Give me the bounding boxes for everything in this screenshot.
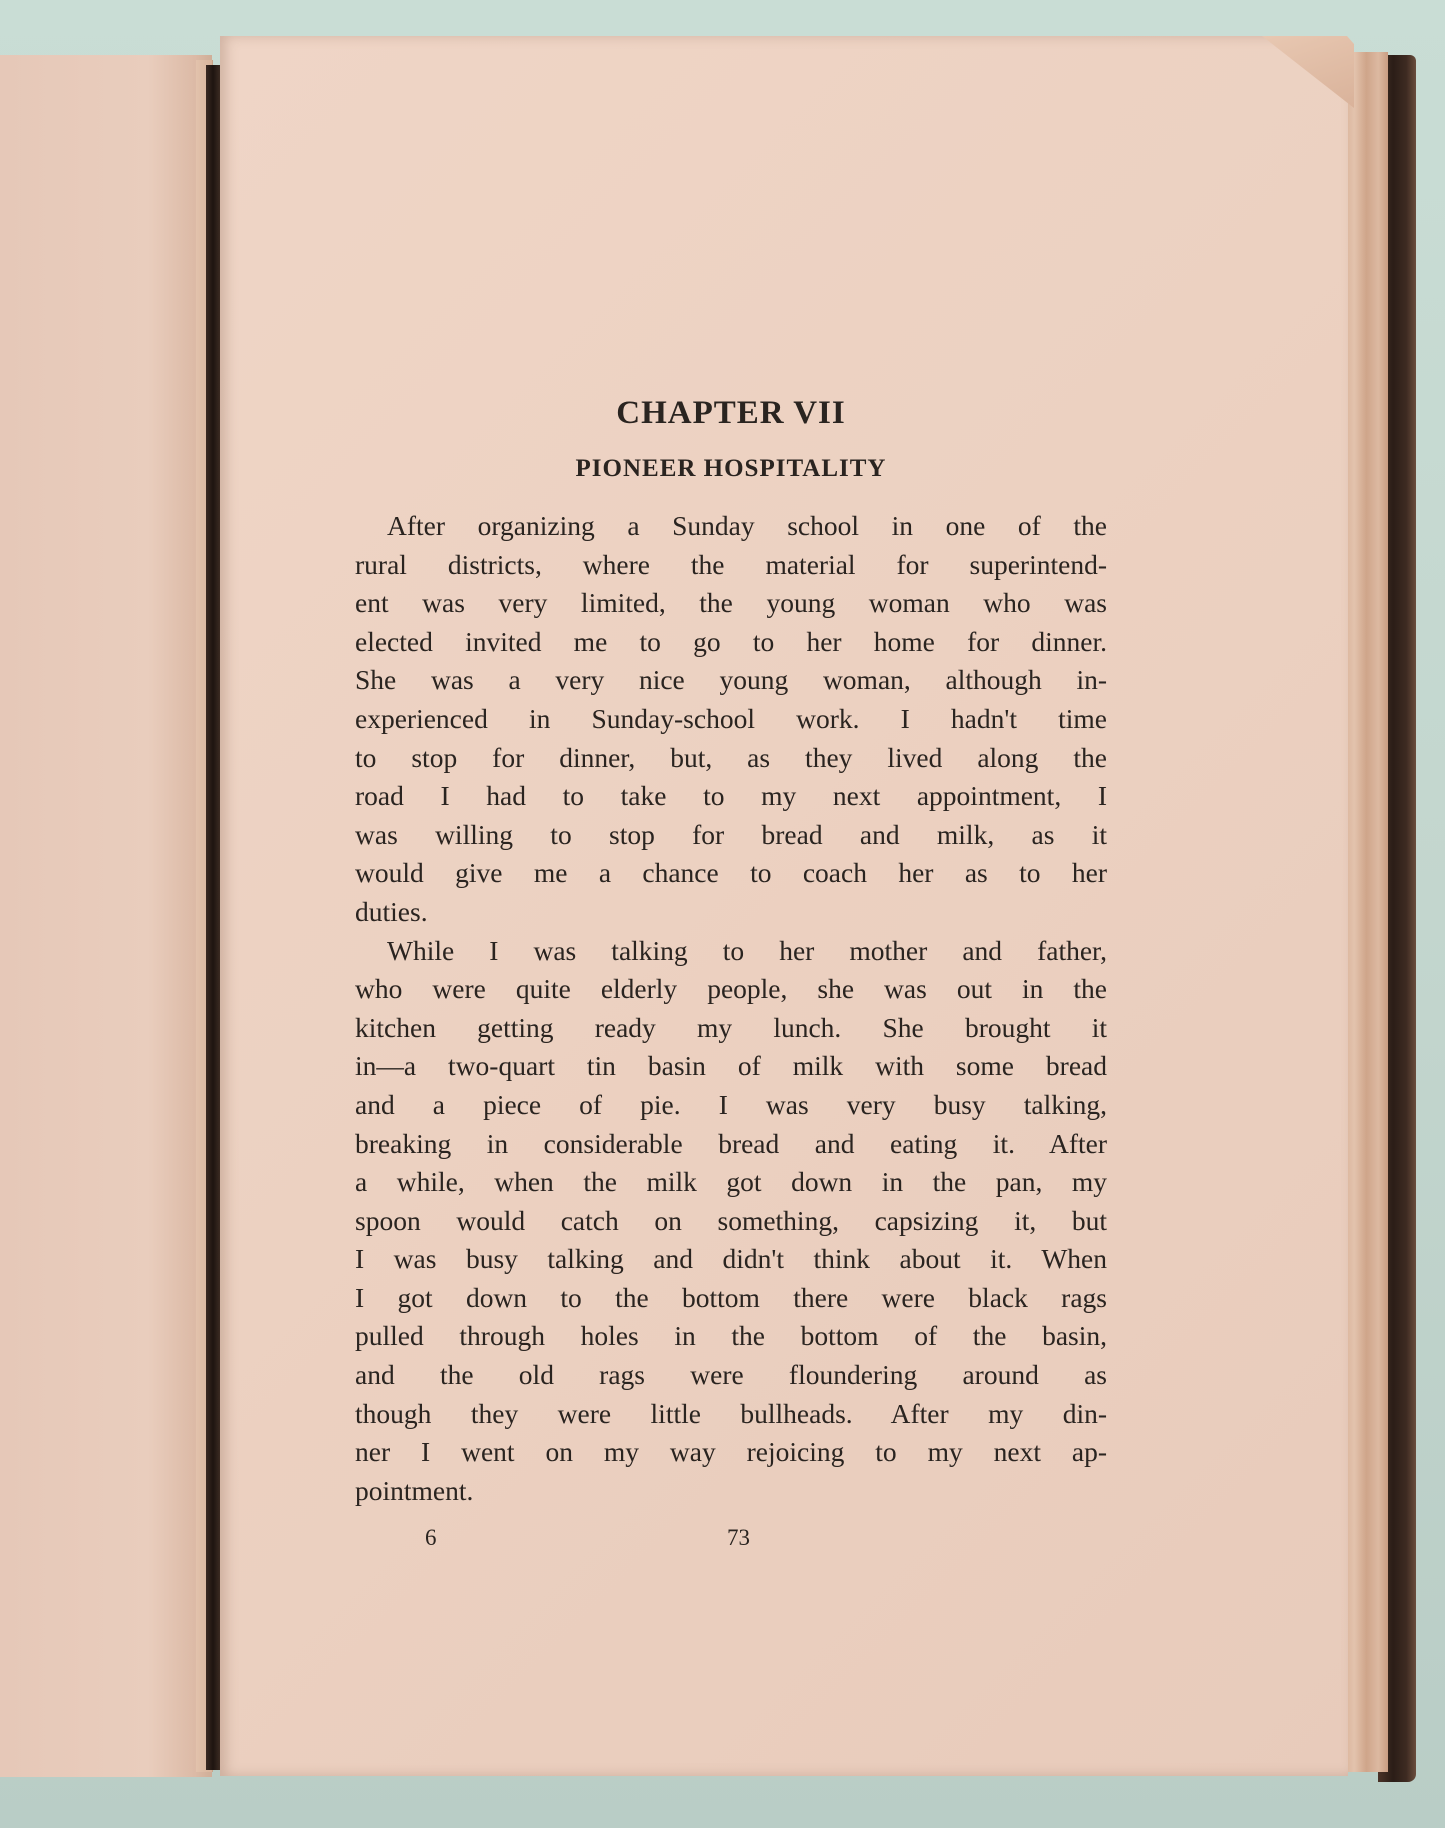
text-line: in—a two-quart tin basin of milk with so… — [355, 1047, 1107, 1086]
page-number: 73 — [727, 1525, 750, 1551]
paragraph: After organizing a Sunday school in one … — [355, 507, 1107, 932]
text-line: After organizing a Sunday school in one … — [355, 507, 1107, 546]
chapter-heading: CHAPTER VII — [355, 395, 1107, 432]
text-line: ent was very limited, the young woman wh… — [355, 584, 1107, 623]
text-line: While I was talking to her mother and fa… — [355, 932, 1107, 971]
text-line: I was busy talking and didn't think abou… — [355, 1240, 1107, 1279]
text-line: and the old rags were floundering around… — [355, 1356, 1107, 1395]
text-line: experienced in Sunday-school work. I had… — [355, 700, 1107, 739]
text-line: pulled through holes in the bottom of th… — [355, 1317, 1107, 1356]
text-line: who were quite elderly people, she was o… — [355, 970, 1107, 1009]
text-line: spoon would catch on something, capsizin… — [355, 1202, 1107, 1241]
body-text: After organizing a Sunday school in one … — [355, 507, 1107, 1510]
text-line: to stop for dinner, but, as they lived a… — [355, 739, 1107, 778]
text-line: pointment. — [355, 1472, 1107, 1511]
text-line: She was a very nice young woman, althoug… — [355, 661, 1107, 700]
text-line: rural districts, where the material for … — [355, 546, 1107, 585]
paragraph: While I was talking to her mother and fa… — [355, 932, 1107, 1511]
text-line: a while, when the milk got down in the p… — [355, 1163, 1107, 1202]
chapter-title: PIONEER HOSPITALITY — [355, 455, 1107, 483]
text-line: road I had to take to my next appointmen… — [355, 777, 1107, 816]
signature-mark: 6 — [425, 1525, 437, 1551]
text-line: and a piece of pie. I was very busy talk… — [355, 1086, 1107, 1125]
text-line: would give me a chance to coach her as t… — [355, 854, 1107, 893]
text-line: duties. — [355, 893, 1107, 932]
text-line: ner I went on my way rejoicing to my nex… — [355, 1433, 1107, 1472]
book-gutter — [206, 65, 220, 1770]
text-line: was willing to stop for bread and milk, … — [355, 816, 1107, 855]
text-line: elected invited me to go to her home for… — [355, 623, 1107, 662]
text-line: I got down to the bottom there were blac… — [355, 1279, 1107, 1318]
text-line: kitchen getting ready my lunch. She brou… — [355, 1009, 1107, 1048]
left-page — [0, 55, 212, 1777]
text-line: breaking in considerable bread and eatin… — [355, 1125, 1107, 1164]
text-line: though they were little bullheads. After… — [355, 1395, 1107, 1434]
